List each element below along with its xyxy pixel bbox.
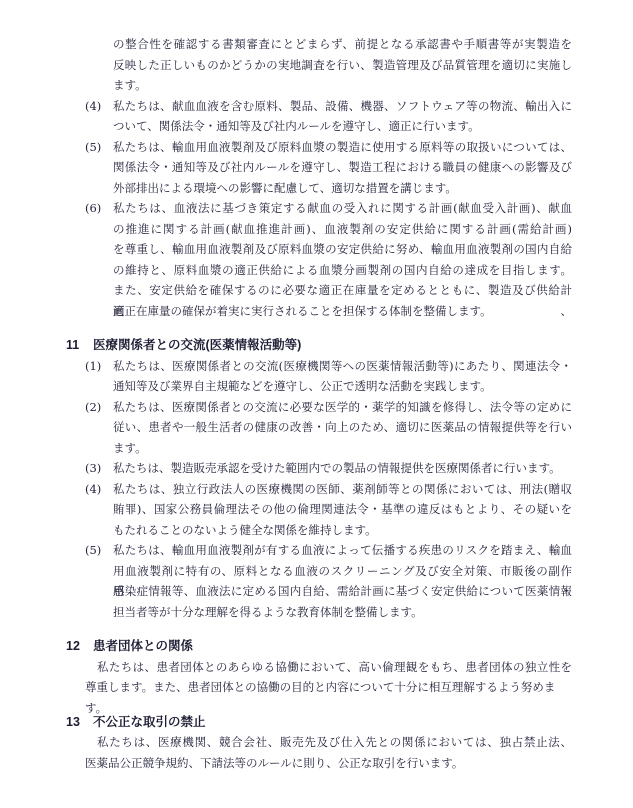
- body-line: (4)私たちは、献血血液を含む原料、製品、設備、機器、ソフトウェア等の物流、輸出…: [113, 96, 572, 117]
- item-text: 私たちは、輸血用血液製剤及び原料血漿の製造に使用する原料等の取扱いについては、: [113, 140, 572, 154]
- section-title: 不公正な取引の禁止: [93, 715, 206, 729]
- paragraph-continuation: の整合性を確認する書類審査にとどまらず、前提となる承認書や手順書等が実製造を 反…: [113, 34, 572, 96]
- item-number: (1): [85, 356, 101, 377]
- body-line: (4)私たちは、独立行政法人の医療機関の医師、薬剤師等との関係においては、刑法(…: [113, 479, 572, 500]
- section-number: 13: [66, 712, 93, 733]
- section-title: 患者団体との関係: [93, 639, 193, 653]
- item-number: (5): [85, 137, 101, 158]
- item-number: (5): [85, 540, 101, 561]
- list-item: (5)私たちは、輸血用血液製剤及び原料血漿の製造に使用する原料等の取扱いについて…: [113, 137, 572, 199]
- list-item: (5)私たちは、輸血用血液製剤が有する血液によって伝播する疾患のリスクを踏まえ、…: [113, 540, 572, 622]
- page-content: の整合性を確認する書類審査にとどまらず、前提となる承認書や手順書等が実製造を 反…: [0, 34, 633, 773]
- body-line: 私たちは、患者団体とのあらゆる協働において、高い倫理観をもち、患者団体の独立性を: [85, 657, 572, 678]
- body-line: 反映した正しいものかどうかの実地調査を行い、製造管理及び品質管理を適切に実施し: [113, 55, 572, 76]
- body-line: (2)私たちは、医療関係者との交流に必要な医学的・薬学的知識を修得し、法令等の定…: [113, 397, 572, 418]
- body-line: ついて、関係法令・通知等及び社内ルールを遵守し、適正に行います。: [113, 116, 572, 137]
- item-number: (4): [85, 96, 101, 117]
- item-number: (3): [85, 458, 101, 479]
- body-line: (5)私たちは、輸血用血液製剤が有する血液によって伝播する疾患のリスクを踏まえ、…: [113, 540, 572, 561]
- body-line: 私たちは、医療機関、競合会社、販売先及び仕入先との関係においては、独占禁止法、: [85, 732, 572, 753]
- body-line: の推進に関する計画(献血推進計画)、血液製剤の安定供給に関する計画(需給計画): [113, 219, 572, 240]
- body-line: (1)私たちは、医療関係者との交流(医療機関等への医薬情報活動等)にあたり、関連…: [113, 356, 572, 377]
- body-line: (3)私たちは、製造販売承認を受けた範囲内での製品の情報提供を医療関係者に行いま…: [113, 458, 572, 479]
- body-line: (6)私たちは、血液法に基づき策定する献血の受入れに関する計画(献血受入計画)、…: [113, 198, 572, 219]
- item-text: 私たちは、医療関係者との交流に必要な医学的・薬学的知識を修得し、法令等の定めに: [113, 400, 572, 414]
- body-line: の整合性を確認する書類審査にとどまらず、前提となる承認書や手順書等が実製造を: [113, 34, 572, 55]
- list-item: (4)私たちは、献血血液を含む原料、製品、設備、機器、ソフトウェア等の物流、輸出…: [113, 96, 572, 137]
- list-item: (6)私たちは、血液法に基づき策定する献血の受入れに関する計画(献血受入計画)、…: [113, 198, 572, 321]
- item-text: 私たちは、血液法に基づき策定する献血の受入れに関する計画(献血受入計画)、献血: [113, 201, 572, 215]
- item-number: (6): [85, 198, 101, 219]
- item-text: 私たちは、献血血液を含む原料、製品、設備、機器、ソフトウェア等の物流、輸出入に: [113, 99, 572, 113]
- section-number: 12: [66, 636, 93, 657]
- list-item: (3)私たちは、製造販売承認を受けた範囲内での製品の情報提供を医療関係者に行いま…: [113, 458, 572, 479]
- body-line: また、安定供給を確保するのに必要な適正在庫量を定めるとともに、製造及び供給計画、: [113, 280, 572, 301]
- body-line: 感染症情報等、血液法に定める国内自給、需給計画に基づく安定供給について医薬情報: [113, 581, 572, 602]
- item-text: 私たちは、医療関係者との交流(医療機関等への医薬情報活動等)にあたり、関連法令・: [113, 359, 572, 373]
- body-line: もたれることのないよう健全な関係を維持します。: [113, 520, 572, 541]
- body-line: を尊重し、輸血用血液製剤及び原料血漿の安定供給に努め、輸血用血液製剤の国内自給: [113, 239, 572, 260]
- document-page: の整合性を確認する書類審査にとどまらず、前提となる承認書や手順書等が実製造を 反…: [0, 0, 633, 808]
- section-paragraph: 私たちは、医療機関、競合会社、販売先及び仕入先との関係においては、独占禁止法、 …: [85, 732, 572, 773]
- body-line: 尊重します。また、患者団体との協働の目的と内容について十分に相互理解するよう努め…: [85, 677, 572, 698]
- section-heading-12: 12患者団体との関係: [66, 636, 633, 657]
- list-item: (2)私たちは、医療関係者との交流に必要な医学的・薬学的知識を修得し、法令等の定…: [113, 397, 572, 459]
- body-line: 外部排出による環境への影響に配慮して、適切な措置を講じます。: [113, 178, 572, 199]
- item-text: 私たちは、製造販売承認を受けた範囲内での製品の情報提供を医療関係者に行います。: [113, 461, 561, 475]
- body-line: 用血液製剤に特有の、原料となる血液のスクリーニング及び安全対策、市販後の副作用・: [113, 561, 572, 582]
- list-item: (1)私たちは、医療関係者との交流(医療機関等への医薬情報活動等)にあたり、関連…: [113, 356, 572, 397]
- section-title: 医療関係者との交流(医薬情報活動等): [93, 338, 301, 352]
- body-line: 医薬品公正競争規約、下請法等のルールに則り、公正な取引を行います。: [85, 753, 572, 774]
- section-heading-13: 13不公正な取引の禁止: [66, 712, 633, 733]
- section-number: 11: [66, 335, 93, 356]
- body-line: 通知等及び業界自主規範などを遵守し、公正で透明な活動を実践します。: [113, 376, 572, 397]
- body-line: 従い、患者や一般生活者の健康の改善・向上のため、適切に医薬品の情報提供等を行い: [113, 417, 572, 438]
- list-item: (4)私たちは、独立行政法人の医療機関の医師、薬剤師等との関係においては、刑法(…: [113, 479, 572, 541]
- section-paragraph: 私たちは、患者団体とのあらゆる協働において、高い倫理観をもち、患者団体の独立性を…: [85, 657, 572, 698]
- item-number: (4): [85, 479, 101, 500]
- body-line: 関係法令・通知等及び社内ルールを遵守し、製造工程における職員の健康への影響及び: [113, 157, 572, 178]
- item-text: 私たちは、輸血用血液製剤が有する血液によって伝播する疾患のリスクを踏まえ、輸血: [113, 543, 572, 557]
- section-heading-11: 11医療関係者との交流(医薬情報活動等): [66, 335, 633, 356]
- body-line: (5)私たちは、輸血用血液製剤及び原料血漿の製造に使用する原料等の取扱いについて…: [113, 137, 572, 158]
- body-line: 賄罪)、国家公務員倫理法その他の倫理関連法令・基準の違反はもとより、その疑いを: [113, 499, 572, 520]
- body-line: の維持と、原料血漿の適正供給による血漿分画製剤の国内自給の達成を目指します。: [113, 260, 572, 281]
- body-line: ます。: [113, 75, 572, 96]
- item-text: 私たちは、独立行政法人の医療機関の医師、薬剤師等との関係においては、刑法(贈収: [113, 482, 572, 496]
- body-line: 担当者等が十分な理解を得るような教育体制を整備します。: [113, 602, 572, 623]
- item-number: (2): [85, 397, 101, 418]
- body-line: ます。: [113, 438, 572, 459]
